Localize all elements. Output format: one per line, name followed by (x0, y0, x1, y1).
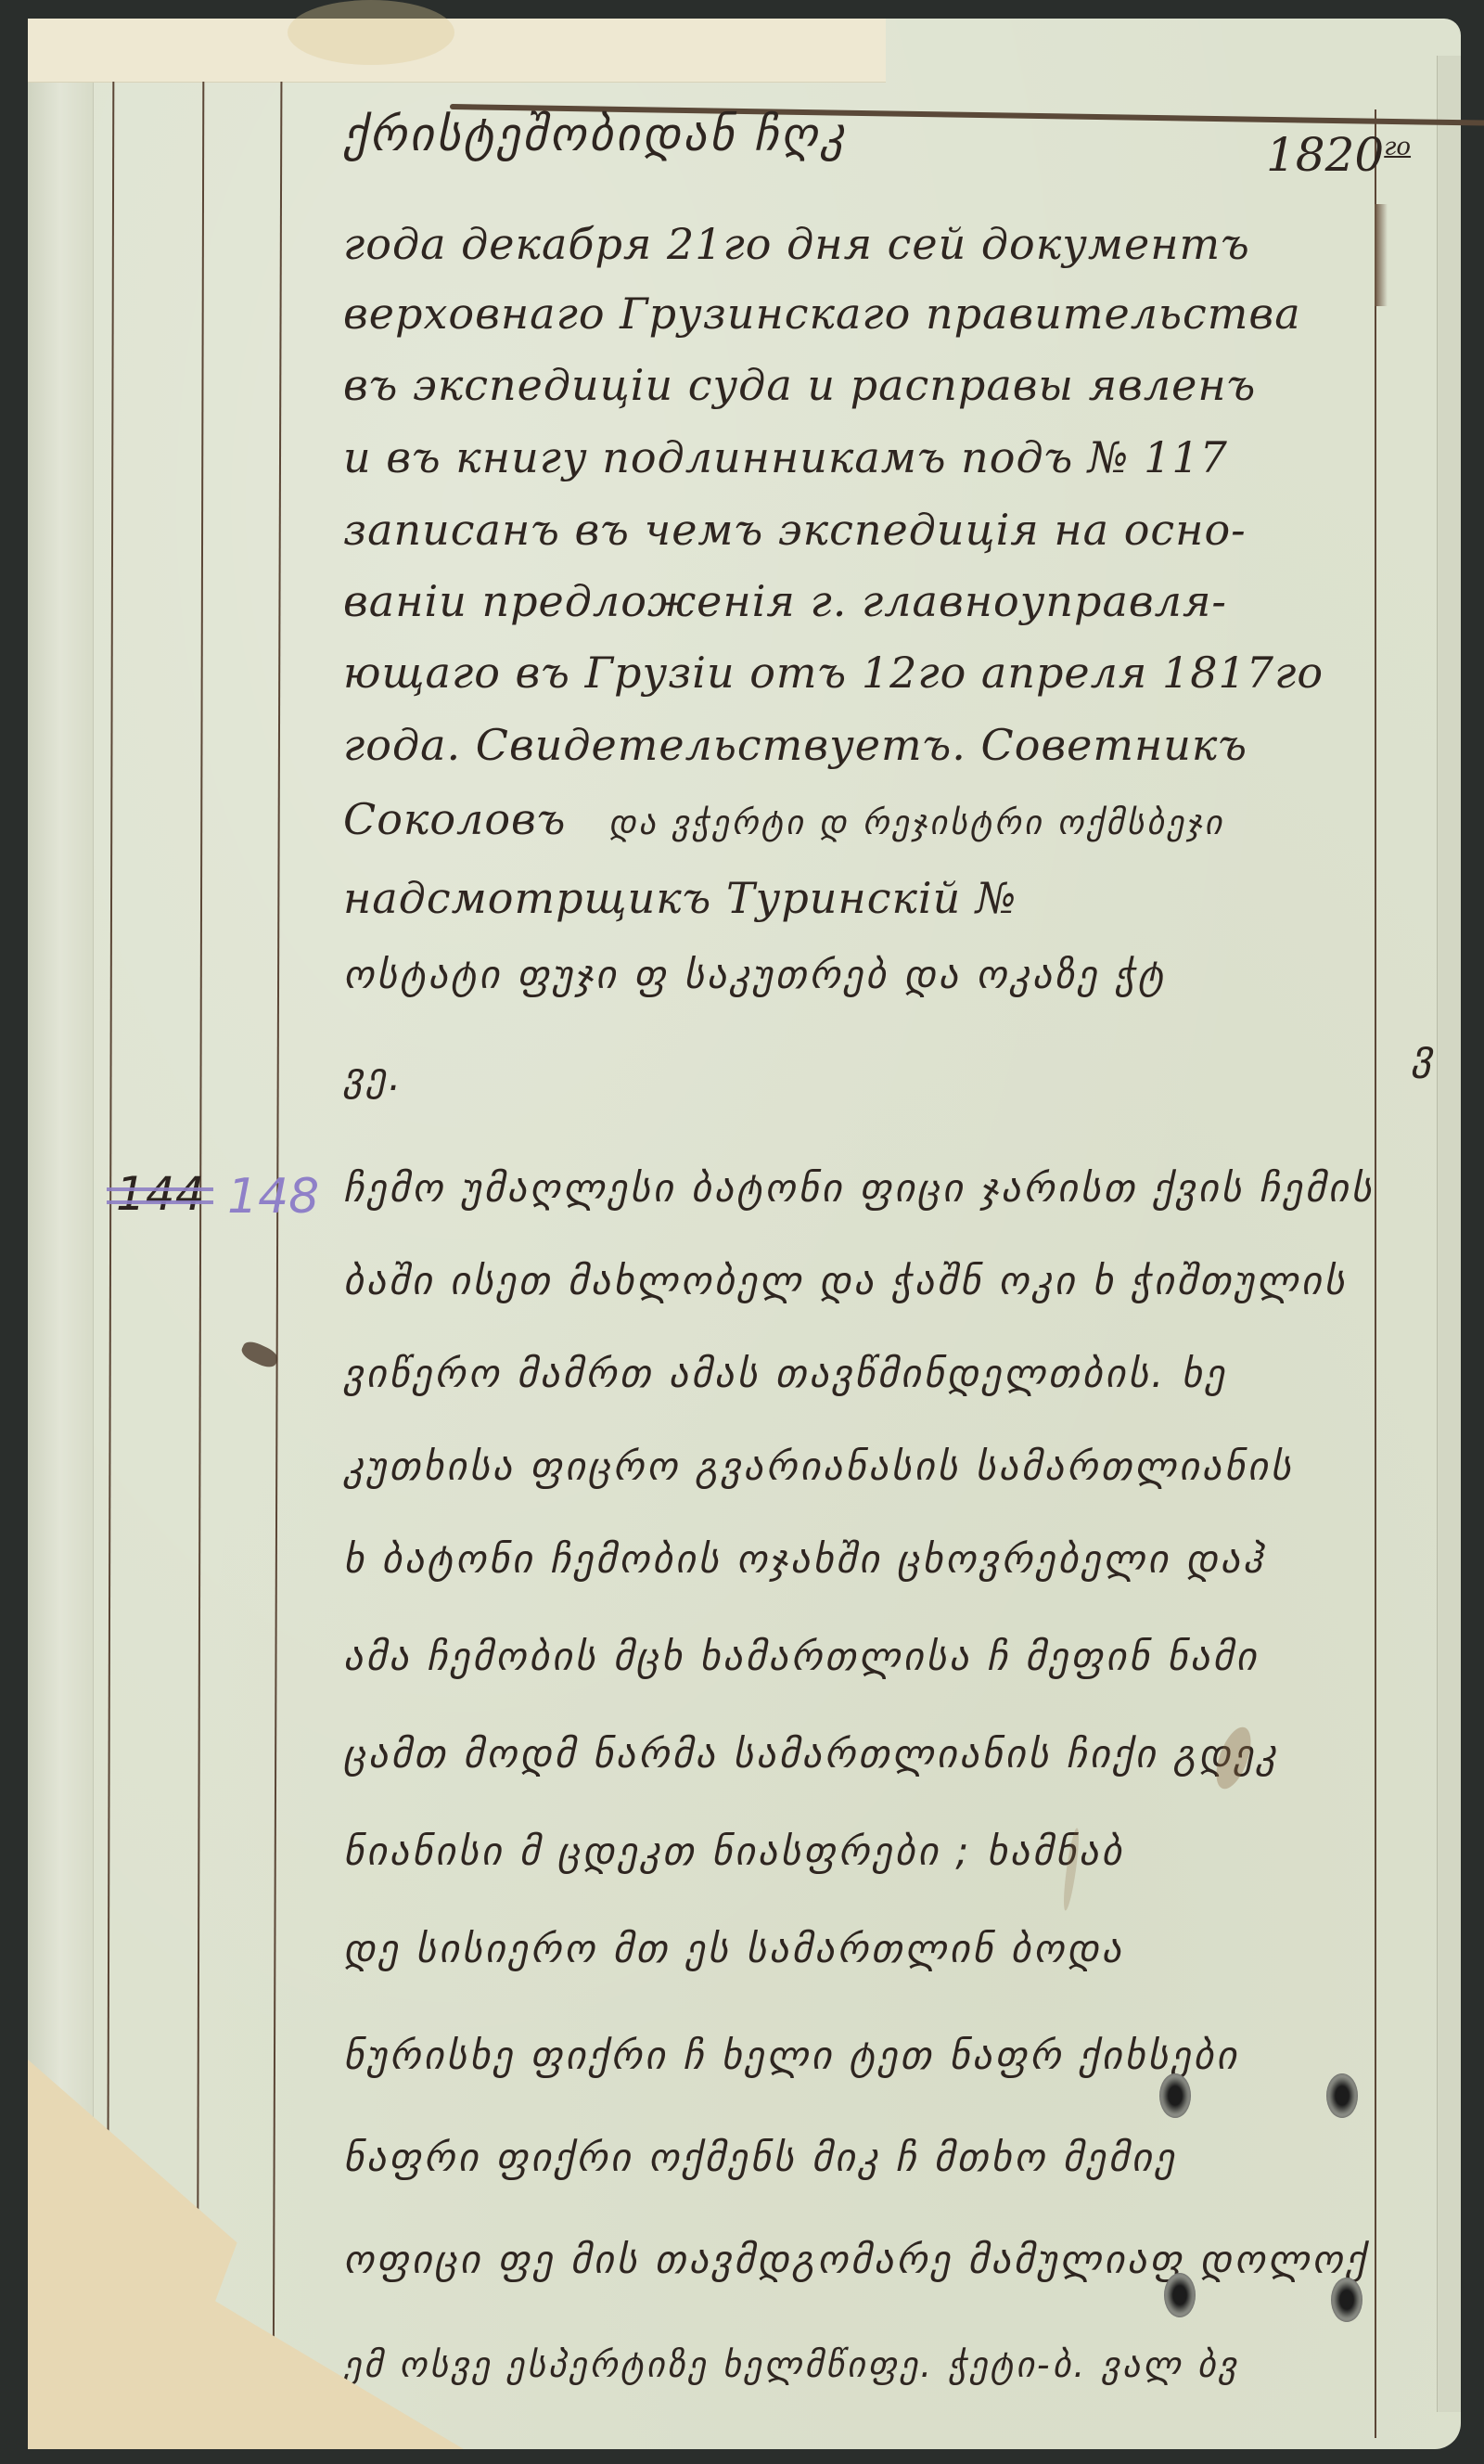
page-edge (1437, 56, 1461, 2412)
text-line: ваніи предложенія г. главноуправля- (343, 580, 1391, 622)
text-line: ნურისხე ფიქრი ჩ ხელი ტეთ ნაფრ ქიხსები (343, 2036, 1391, 2075)
text-line: верховнаго Грузинскаго правительства (343, 292, 1391, 335)
text-line: კუთხისა ფიცრო გვარიანასის სამართლიანის (343, 1447, 1391, 1486)
punch-hole (1331, 2278, 1362, 2322)
text-line: года. Свидетельствуетъ. Советникъ (343, 724, 1391, 766)
text-line: ვიწერო მამრთ ამას თავწმინდელთბის. ხე (343, 1354, 1391, 1393)
text-line: ჩემო უმაღლესი ბატონი ფიცი ჯარისთ ქვის ჩე… (343, 1169, 1391, 1208)
text-line: ოფიცი ფე მის თავმდგომარე მამულიაფ დოლოქ (343, 2240, 1391, 2279)
text-line: Соколовъ და ვჭერტი დ რეჯისტრი ოქმსბეჯი (343, 798, 1391, 841)
text-line: и въ книгу подлинникамъ подъ № 117 (343, 436, 1391, 479)
strikethrough (107, 1200, 213, 1204)
text-line: ნიანისი მ ცდეკთ ნიასფრები ; ხამნაბ (343, 1832, 1391, 1871)
text-line: ющаго въ Грузіи отъ 12го апреля 1817го (343, 651, 1391, 694)
column-rule-1 (107, 82, 115, 2438)
manuscript-page: ქრისტეშობიდან ჩღკ 1820го года декабря 21… (28, 19, 1461, 2449)
column-rule-2 (197, 82, 205, 2438)
punch-hole (1164, 2273, 1196, 2317)
georgian-heading: ქრისტეშობიდან ჩღკ (343, 111, 1391, 158)
text-line: ხ ბატონი ჩემობის ოჯახში ცხოვრებელი დაჰ (343, 1540, 1391, 1579)
text-line: დე სისიერო მთ ეს სამართლინ ბოდა (343, 1930, 1391, 1969)
text-line: года декабря 21го дня сей документъ (343, 223, 1391, 265)
column-rule-3 (273, 82, 283, 2438)
text-line: ამა ჩემობის მცხ ხამართლისა ჩ მეფინ ნამი (343, 1637, 1391, 1676)
text-line: ბაში ისეთ მახლობელ და ჭაშნ ოკი ხ ჭიშთული… (343, 1262, 1391, 1301)
text-line: записанъ въ чемъ экспедиція на осно- (343, 508, 1391, 551)
strikethrough (107, 1187, 213, 1191)
punch-hole (1326, 2073, 1358, 2118)
stain-mark (288, 0, 454, 65)
text-line: ვე. (343, 1058, 1391, 1097)
ink-smudge (239, 1338, 281, 1370)
text-line: надсмотрщикъ Туринскій № (343, 877, 1391, 919)
punch-hole (1159, 2073, 1191, 2118)
text-line: ოსტატი ფუჯი ფ საკუთრებ და ოკაზე ჭტ (343, 956, 1391, 995)
year-mark: 1820го (1266, 128, 1411, 182)
text-line: ემ ოსვე ესპერტიზე ხელმწიფე. ჭეტი-ბ. ვალ … (343, 2347, 1391, 2382)
right-margin-mark: ვ (1412, 1032, 1433, 1079)
text-line: ნაფრი ფიქრი ოქმენს მიკ ჩ მთხო მემიე (343, 2138, 1391, 2177)
new-folio-number: 148 (227, 1169, 319, 1225)
text-line: въ экспедиціи суда и расправы явленъ (343, 364, 1391, 406)
old-folio-number: 144 (116, 1167, 204, 1221)
paper-overlay-top (28, 19, 886, 83)
